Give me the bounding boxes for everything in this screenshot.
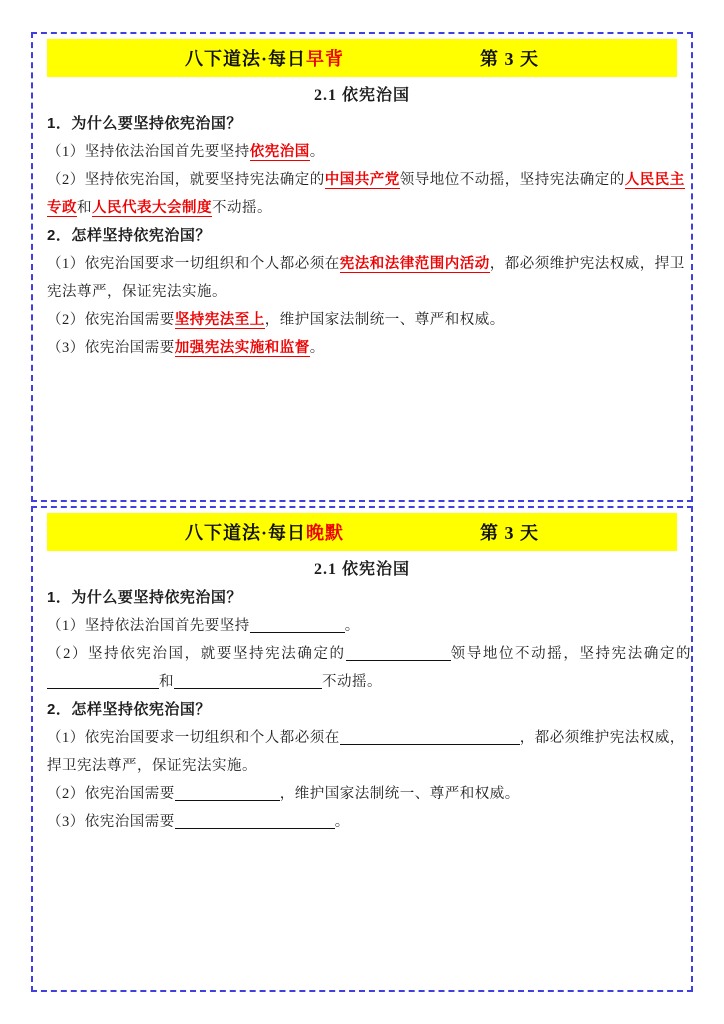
morning-banner: 八下道法·每日早背 第 3 天 xyxy=(47,39,677,77)
line-text: （3）依宪治国需要 xyxy=(47,340,175,356)
morning-content: 2.1 依宪治国 1．为什么要坚持依宪治国？ （1）坚持依法治国首先要坚持依宪治… xyxy=(33,77,691,362)
answer-line: （3）依宪治国需要加强宪法实施和监督。 xyxy=(47,334,677,362)
banner-title: 八下道法·每日早背 xyxy=(185,45,344,71)
answer-line: （1）坚持依法治国首先要坚持依宪治国。 xyxy=(47,138,677,166)
line-text: ，维护国家法制统一、尊严和权威。 xyxy=(280,786,520,802)
quiz-line: （2）坚持依宪治国，就要坚持宪法确定的领导地位不动摇，坚持宪法确定的 xyxy=(47,640,677,668)
banner-day-label: 第 3 天 xyxy=(480,45,539,71)
banner-title: 八下道法·每日晚默 xyxy=(185,519,344,545)
quiz-line: 捍卫宪法尊严，保证宪法实施。 xyxy=(47,752,677,780)
evening-quiz-box: 八下道法·每日晚默 第 3 天 2.1 依宪治国 1．为什么要坚持依宪治国？ （… xyxy=(31,506,693,992)
question-2-heading: 2．怎样坚持依宪治国？ xyxy=(47,222,677,250)
line-text: 。 xyxy=(335,814,350,830)
answer-line: （1）依宪治国要求一切组织和个人都必须在宪法和法律范围内活动，都必须维护宪法权威… xyxy=(47,250,677,278)
line-text: 。 xyxy=(310,144,325,160)
worksheet-page: { "page": { "background": "#ffffff", "bo… xyxy=(0,0,724,1024)
answer-text: 依宪治国 xyxy=(250,144,310,161)
banner-title-text: 八下道法·每日 xyxy=(185,49,306,69)
section-title: 2.1 依宪治国 xyxy=(47,556,677,584)
answer-text: 人民代表大会制度 xyxy=(92,200,212,217)
question-2-heading: 2．怎样坚持依宪治国？ xyxy=(47,696,677,724)
banner-title-text: 八下道法·每日 xyxy=(185,523,306,543)
answer-line: 宪法尊严，保证宪法实施。 xyxy=(47,278,677,306)
fill-in-blank xyxy=(175,814,335,830)
quiz-line: （2）依宪治国需要，维护国家法制统一、尊严和权威。 xyxy=(47,780,677,808)
question-1-heading: 1．为什么要坚持依宪治国？ xyxy=(47,584,677,612)
section-title: 2.1 依宪治国 xyxy=(47,82,677,110)
answer-text: 加强宪法实施和监督 xyxy=(175,340,310,357)
line-text: 不动摇。 xyxy=(322,674,382,690)
line-text: 领导地位不动摇，坚持宪法确定的 xyxy=(400,172,625,188)
fill-in-blank xyxy=(346,646,451,662)
answer-text: 中国共产党 xyxy=(325,172,400,189)
answer-text: 宪法和法律范围内活动 xyxy=(340,256,490,273)
banner-day-label: 第 3 天 xyxy=(480,519,539,545)
line-text: （2）依宪治国需要 xyxy=(47,312,175,328)
banner-title-highlight: 早背 xyxy=(306,49,344,69)
line-text: （1）依宪治国要求一切组织和个人都必须在 xyxy=(47,730,340,746)
line-text: （2）坚持依宪治国，就要坚持宪法确定的 xyxy=(47,172,325,188)
evening-banner: 八下道法·每日晚默 第 3 天 xyxy=(47,513,677,551)
line-text: （1）依宪治国要求一切组织和个人都必须在 xyxy=(47,256,340,272)
answer-text: 坚持宪法至上 xyxy=(175,312,265,329)
line-text: （2）坚持依宪治国，就要坚持宪法确定的 xyxy=(47,646,346,662)
quiz-line: （3）依宪治国需要。 xyxy=(47,808,677,836)
answer-line: （2）坚持依宪治国，就要坚持宪法确定的中国共产党领导地位不动摇，坚持宪法确定的人… xyxy=(47,166,677,194)
answer-line: 专政和人民代表大会制度不动摇。 xyxy=(47,194,677,222)
line-text: （1）坚持依法治国首先要坚持 xyxy=(47,144,250,160)
line-text: （3）依宪治国需要 xyxy=(47,814,175,830)
answer-line: （2）依宪治国需要坚持宪法至上，维护国家法制统一、尊严和权威。 xyxy=(47,306,677,334)
line-text: ，都必须维护宪法权威， xyxy=(520,730,685,746)
line-text: 和 xyxy=(77,200,92,216)
question-1-heading: 1．为什么要坚持依宪治国？ xyxy=(47,110,677,138)
line-text: （1）坚持依法治国首先要坚持 xyxy=(47,618,250,634)
fill-in-blank xyxy=(250,618,345,634)
evening-content: 2.1 依宪治国 1．为什么要坚持依宪治国？ （1）坚持依法治国首先要坚持。 （… xyxy=(33,551,691,836)
line-text: 捍卫宪法尊严，保证宪法实施。 xyxy=(47,758,257,774)
quiz-line: 和不动摇。 xyxy=(47,668,677,696)
fill-in-blank xyxy=(47,674,159,690)
fill-in-blank xyxy=(174,674,322,690)
fill-in-blank xyxy=(175,786,280,802)
line-text: 和 xyxy=(159,674,174,690)
line-text: 不动摇。 xyxy=(212,200,272,216)
line-text: ，维护国家法制统一、尊严和权威。 xyxy=(265,312,505,328)
line-text: ，都必须维护宪法权威，捍卫 xyxy=(490,256,685,272)
morning-recite-box: 八下道法·每日早背 第 3 天 2.1 依宪治国 1．为什么要坚持依宪治国？ （… xyxy=(31,32,693,502)
answer-text: 专政 xyxy=(47,200,77,217)
line-text: 领导地位不动摇，坚持宪法确定的 xyxy=(451,646,693,662)
quiz-line: （1）依宪治国要求一切组织和个人都必须在，都必须维护宪法权威， xyxy=(47,724,677,752)
banner-title-highlight: 晚默 xyxy=(306,523,344,543)
fill-in-blank xyxy=(340,730,520,746)
answer-text: 人民民主 xyxy=(625,172,685,189)
line-text: 宪法尊严，保证宪法实施。 xyxy=(47,284,227,300)
line-text: （2）依宪治国需要 xyxy=(47,786,175,802)
line-text: 。 xyxy=(310,340,325,356)
line-text: 。 xyxy=(345,618,360,634)
quiz-line: （1）坚持依法治国首先要坚持。 xyxy=(47,612,677,640)
